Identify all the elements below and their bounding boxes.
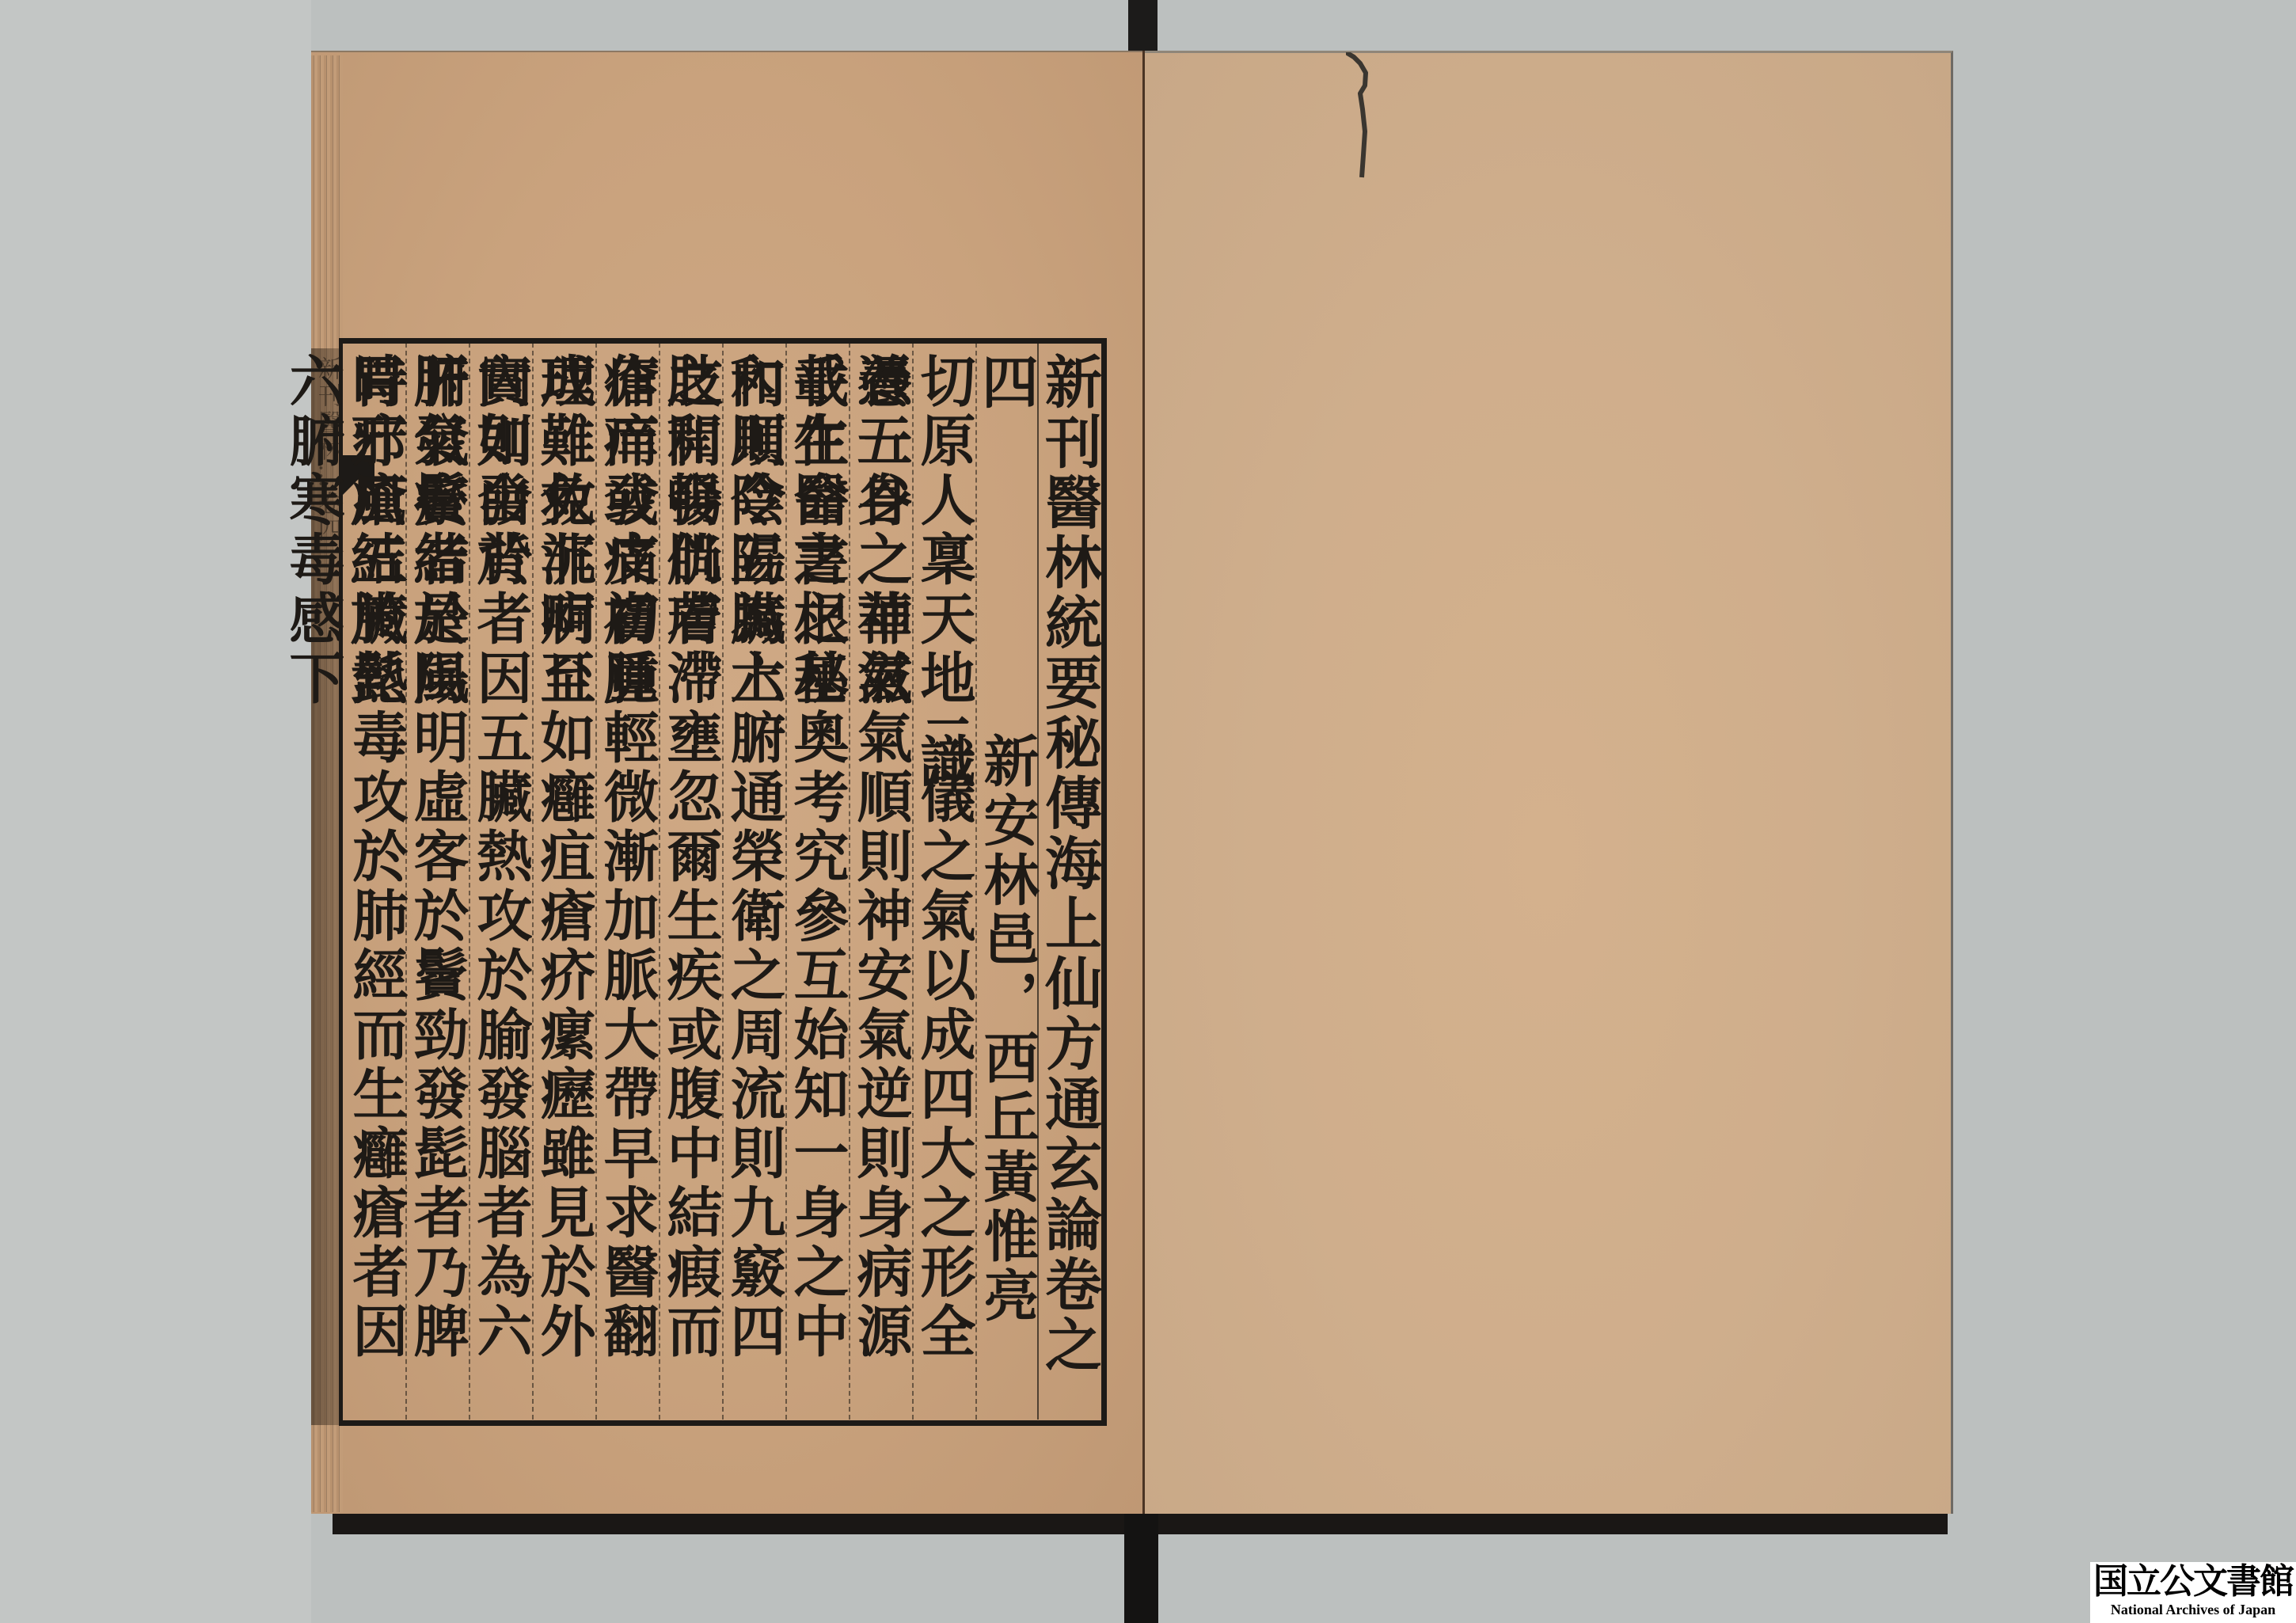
text-column-3: 載在醫書之秘奧考究參互始知一身之中和順陰陽為上 — [785, 343, 849, 1420]
text-column-1: 切原人稟天地二儀之氣以成四大之形全憑五谷之華滋 — [912, 343, 975, 1420]
spine-strip-top — [1128, 0, 1158, 51]
watermark-en: National Archives of Japan — [2090, 1602, 2296, 1617]
paper-crack — [1346, 52, 1378, 187]
archive-watermark: 国立公文書館 National Archives of Japan — [2090, 1562, 2296, 1623]
title-column: 新刊醫林統要秘傳海上仙方通玄論卷之四 — [1037, 343, 1100, 1420]
text-column-5: 之和暢倘若滯壅忽爾生疾或腹中結瘕而作痒或皮膚腫 — [659, 343, 722, 1420]
text-column-10: 時疔瘡五臟熱毒攻於肺經而生癰瘡者因六腑寒毒感下 — [344, 343, 408, 1420]
text-column-4: 內則令五臟六腑通榮衛之周流則九竅四肢開發肌膚 — [722, 343, 785, 1420]
watermark-jp: 国立公文書館 — [2090, 1562, 2296, 1602]
text-column-6: 瘡而發痛初覓輕微漸加脈大帶早求醫翻成難救非明至 — [595, 343, 659, 1420]
attribution-column: 新安林邑，西丘黃惟亮 識 — [975, 343, 1039, 1420]
right-page — [1144, 51, 1953, 1514]
text-column-8: 內如發背者因五臟熱攻於腧發腦者為六腑氣瘀結於風 — [469, 343, 532, 1420]
text-column-2: 養一身之神氣氣順則神安氣逆則身病源乎生命之根基 — [849, 343, 912, 1420]
spine-strip-bottom — [1124, 1508, 1158, 1623]
text-column-7: 理難免沉痾且如癰疽瘡疥瘰癧雖見於外實則由於 — [532, 343, 595, 1420]
background-stripe — [0, 0, 311, 1623]
text-column-9: 肝發鬢者是陽明虛客於鬢勁發髭者乃脾胃邪風結於髭 — [405, 343, 469, 1420]
book-gutter — [1142, 51, 1145, 1514]
